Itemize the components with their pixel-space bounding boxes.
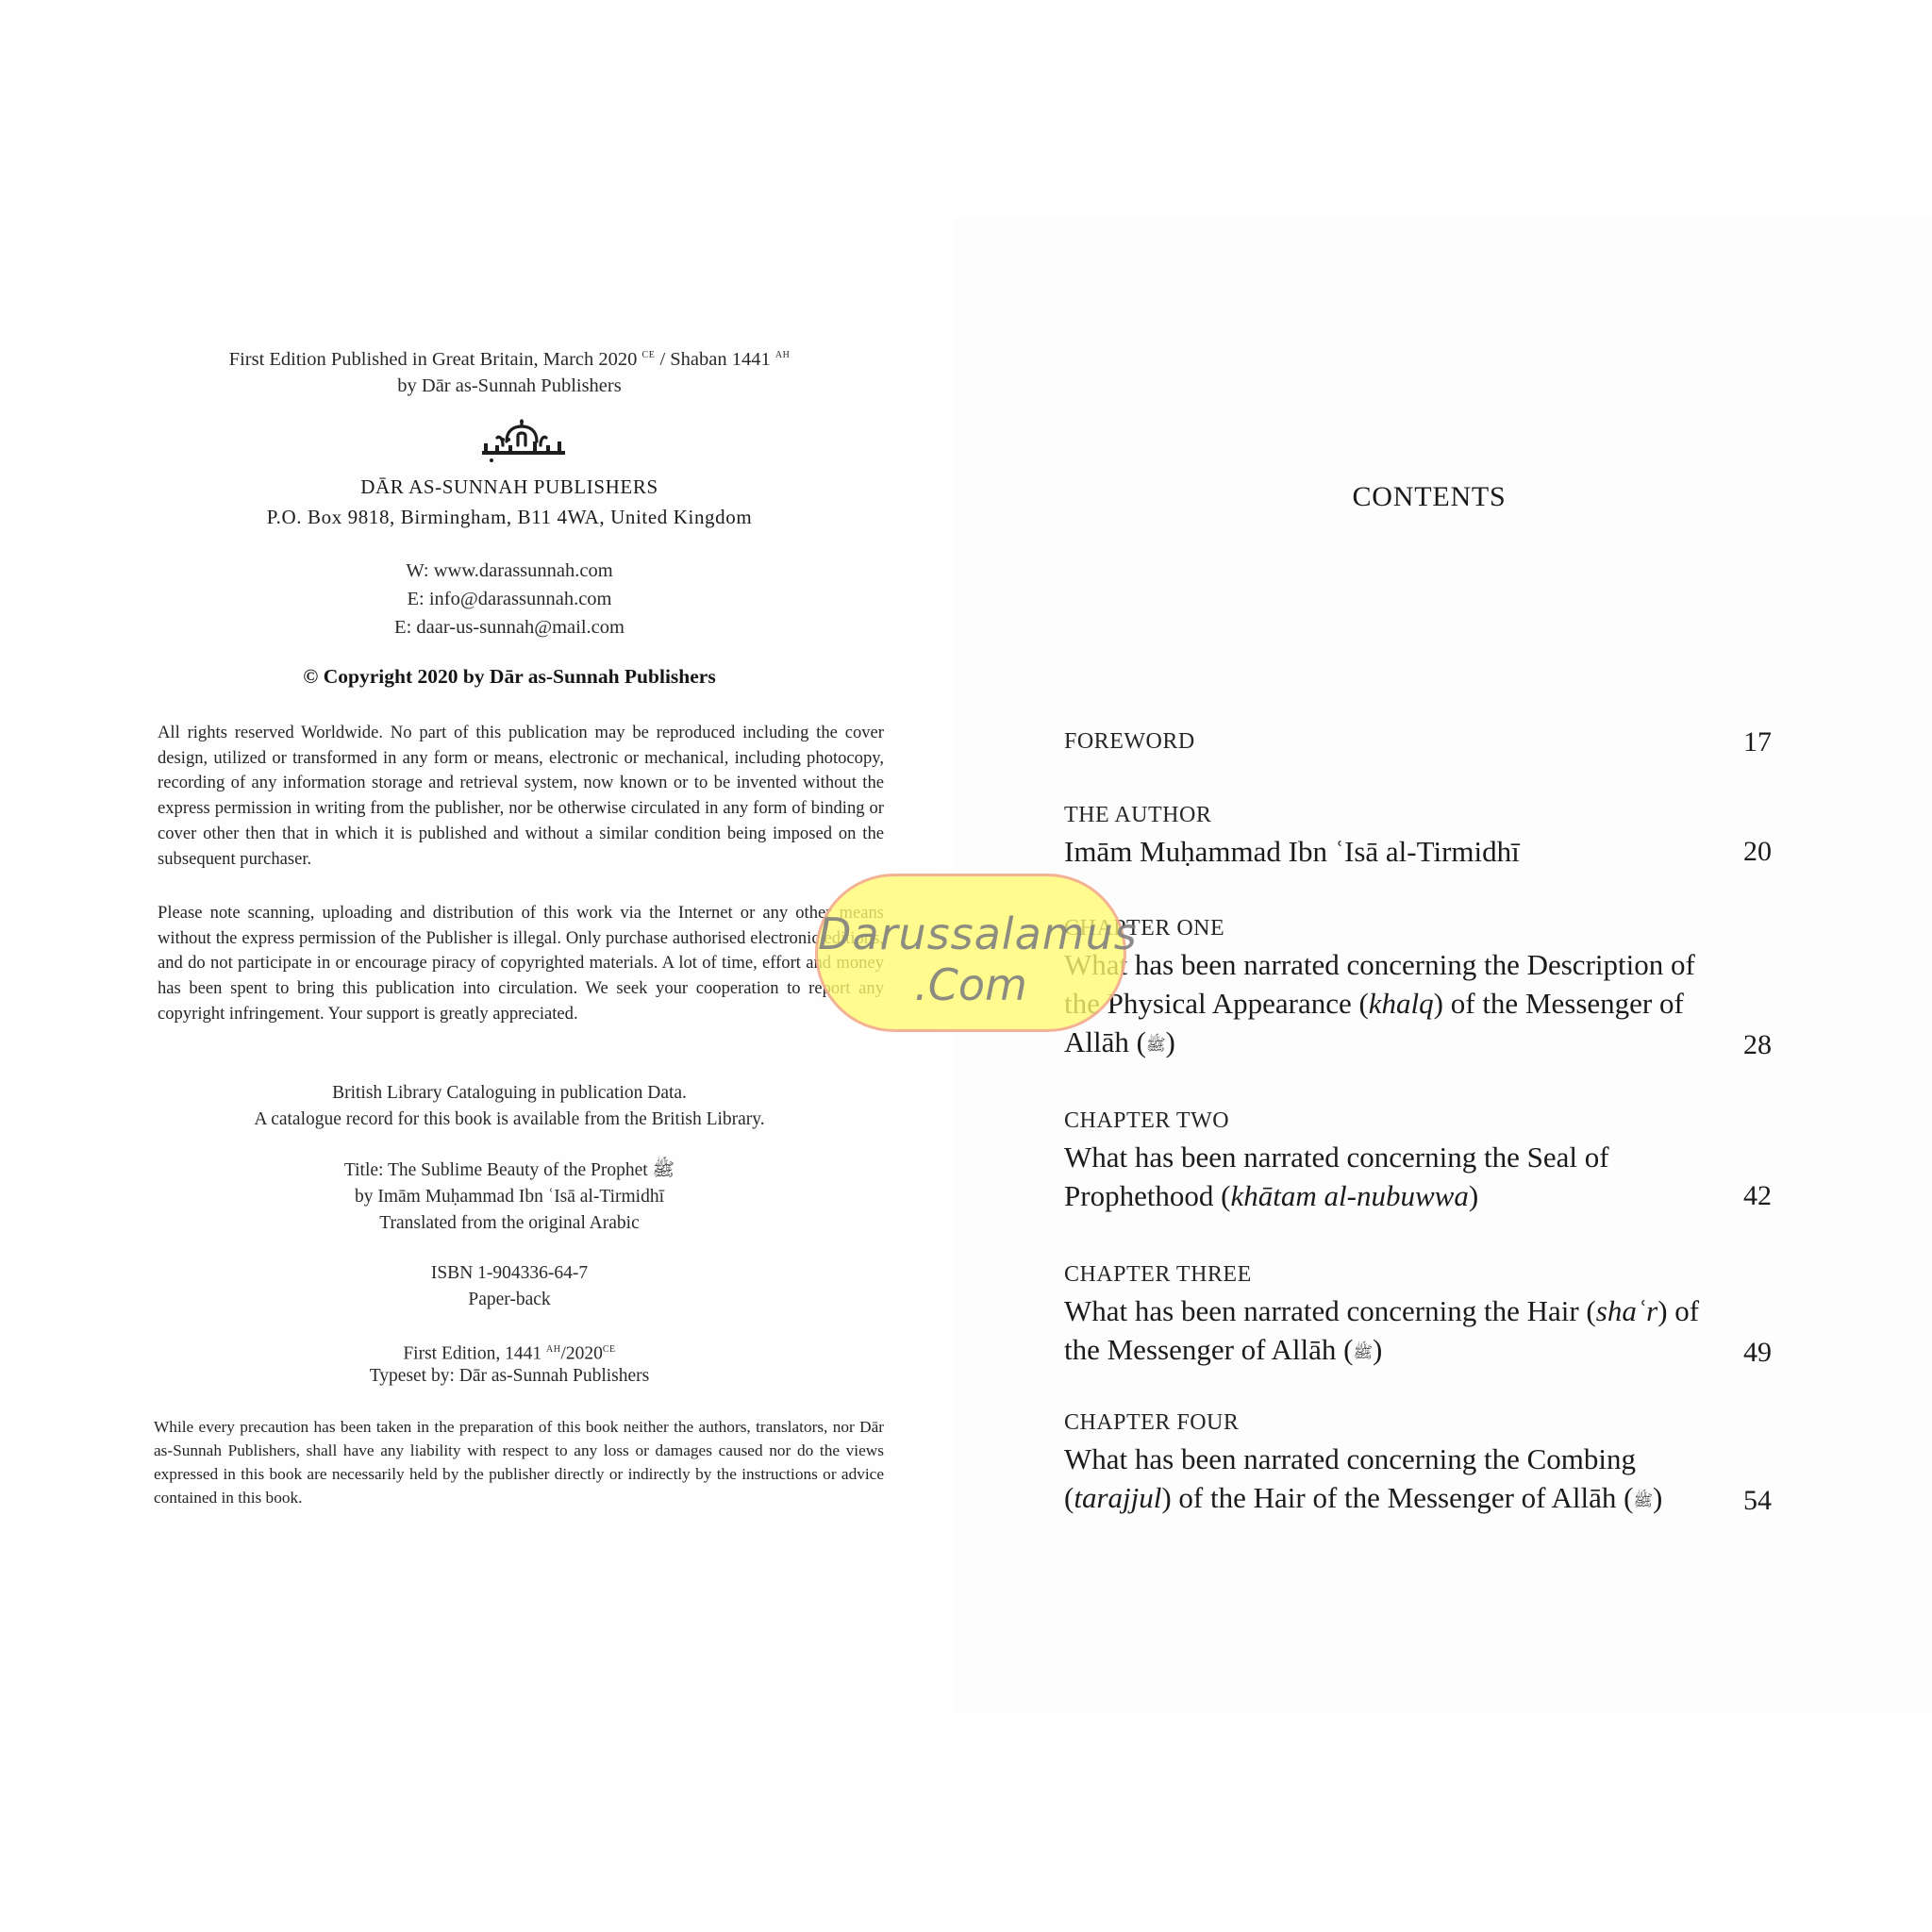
catalog-line-2: A catalogue record for this book is avai…	[151, 1106, 868, 1134]
watermark-line-1: Darussalamus	[818, 908, 1124, 959]
toc-entry-label: CHAPTER THREE	[1064, 1257, 1772, 1291]
toc-entry-label: CHAPTER TWO	[1064, 1104, 1772, 1138]
disclaimer-paragraph: While every precaution has been taken in…	[154, 1415, 884, 1509]
translated-line: Translated from the original Arabic	[151, 1209, 868, 1238]
book-author-line: by Imām Muḥammad Ibn ʿIsā al-Tirmidhī	[151, 1183, 868, 1211]
rights-paragraph: All rights reserved Worldwide. No part o…	[158, 721, 884, 872]
toc-entry-title: What has been narrated concerning the Ha…	[1064, 1291, 1724, 1372]
toc-entry-title: What has been narrated concerning the Co…	[1064, 1440, 1724, 1520]
transliteration: tarajjul	[1074, 1481, 1161, 1514]
watermark-badge: Darussalamus .Com	[815, 874, 1126, 1032]
toc-entry-title: What has been narrated concerning the De…	[1064, 945, 1724, 1064]
title-text: )	[1469, 1179, 1478, 1212]
toc-entry[interactable]: THE AUTHORImām Muḥammad Ibn ʿIsā al-Tirm…	[1064, 798, 1772, 871]
email-daar[interactable]: E: daar-us-sunnah@mail.com	[151, 613, 868, 641]
salutation-icon: ﷺ	[1634, 1481, 1654, 1520]
piracy-paragraph: Please note scanning, uploading and dist…	[158, 901, 884, 1027]
title-text: )	[1373, 1333, 1382, 1366]
typeset-by: Typeset by: Dār as-Sunnah Publishers	[151, 1362, 868, 1391]
toc-entry[interactable]: FOREWORD17	[1064, 724, 1772, 758]
toc-entry[interactable]: CHAPTER TWOWhat has been narrated concer…	[1064, 1104, 1772, 1215]
title-text: )	[1653, 1481, 1662, 1514]
publisher-name: DĀR AS-SUNNAH PUBLISHERS	[151, 472, 868, 502]
catalog-line-1: British Library Cataloguing in publicati…	[151, 1079, 868, 1108]
binding-type: Paper-back	[151, 1286, 868, 1314]
publisher-address: P.O. Box 9818, Birmingham, B11 4WA, Unit…	[151, 502, 868, 532]
dar-as-sunnah-logo-icon	[476, 417, 571, 466]
title-text: What has been narrated concerning the Ha…	[1064, 1294, 1596, 1327]
transliteration: shaʿr	[1596, 1294, 1657, 1327]
toc-entry-title: What has been narrated concerning the Se…	[1064, 1138, 1724, 1215]
contents-heading: CONTENTS	[1302, 481, 1557, 513]
toc-page-number: 28	[1743, 1025, 1772, 1064]
edition-line: First Edition Published in Great Britain…	[151, 341, 868, 374]
isbn: ISBN 1-904336-64-7	[151, 1259, 868, 1288]
toc-entry-label: CHAPTER FOUR	[1064, 1406, 1772, 1440]
toc-page-number: 42	[1743, 1176, 1772, 1215]
website[interactable]: W: www.darassunnah.com	[151, 557, 868, 585]
toc-entry[interactable]: CHAPTER ONEWhat has been narrated concer…	[1064, 911, 1772, 1064]
email-info[interactable]: E: info@darassunnah.com	[151, 585, 868, 613]
toc-page-number: 20	[1743, 832, 1772, 871]
toc-entry-title: Imām Muḥammad Ibn ʿIsā al-Tirmidhī	[1064, 832, 1724, 871]
salutation-icon: ﷺ	[1146, 1025, 1166, 1064]
toc-page-number: 49	[1743, 1333, 1772, 1372]
copyright-notice: © Copyright 2020 by Dār as-Sunnah Publis…	[151, 665, 868, 689]
book-title-line: Title: The Sublime Beauty of the Prophet…	[151, 1157, 868, 1185]
toc-entry[interactable]: CHAPTER FOURWhat has been narrated conce…	[1064, 1406, 1772, 1520]
title-text: Imām Muḥammad Ibn ʿIsā al-Tirmidhī	[1064, 835, 1520, 868]
toc-entry-label: THE AUTHOR	[1064, 798, 1772, 832]
salutation-icon: ﷺ	[1353, 1333, 1373, 1372]
watermark-line-2: .Com	[818, 959, 1124, 1010]
toc-entry[interactable]: CHAPTER THREEWhat has been narrated conc…	[1064, 1257, 1772, 1372]
transliteration: khalq	[1369, 987, 1434, 1020]
title-text: ) of the Hair of the Messenger of Allāh …	[1161, 1481, 1633, 1514]
toc-entry-label: CHAPTER ONE	[1064, 911, 1772, 945]
title-text: )	[1166, 1025, 1175, 1058]
toc-page-number: 54	[1743, 1481, 1772, 1520]
toc-page-number: 17	[1743, 723, 1772, 761]
toc-entry-label: FOREWORD	[1064, 724, 1772, 758]
publisher-by-line: by Dār as-Sunnah Publishers	[151, 372, 868, 400]
transliteration: khātam al-nubuwwa	[1231, 1179, 1469, 1212]
